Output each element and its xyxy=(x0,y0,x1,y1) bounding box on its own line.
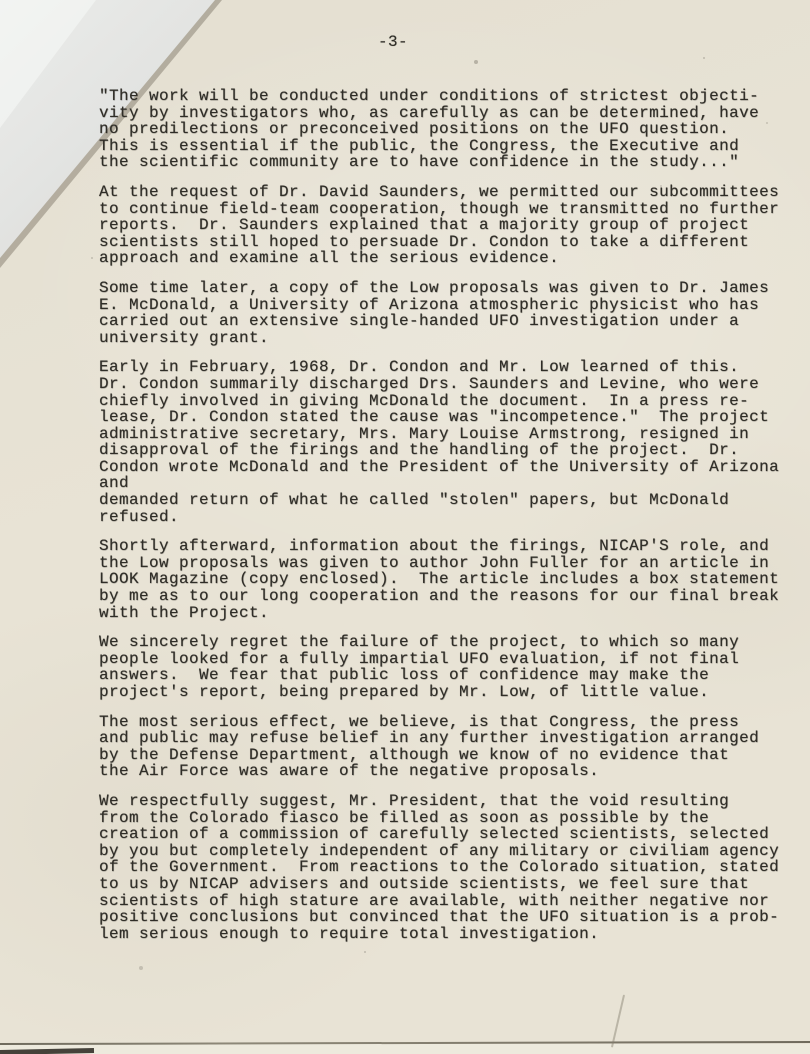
paper-specks xyxy=(0,0,2,2)
scanned-letter-page: -3- "The work will be conducted under co… xyxy=(0,0,810,1054)
paper-crease xyxy=(611,995,625,1048)
paragraph-look-magazine: Shortly afterward, information about the… xyxy=(99,538,805,621)
paragraph-february-firings: Early in February, 1968, Dr. Condon and … xyxy=(99,359,805,525)
page-bottom-left-edge-shadow xyxy=(0,1048,94,1054)
paragraph-saunders-request: At the request of Dr. David Saunders, we… xyxy=(99,184,805,267)
paragraph-suggestion-commission: We respectfully suggest, Mr. President, … xyxy=(99,793,805,942)
paragraph-serious-effect: The most serious effect, we believe, is … xyxy=(99,714,805,780)
paragraph-quote-objectivity: "The work will be conducted under condit… xyxy=(99,88,805,171)
document-body: "The work will be conducted under condit… xyxy=(99,88,805,955)
paragraph-mcdonald-copy: Some time later, a copy of the Low propo… xyxy=(99,280,805,346)
paragraph-regret-failure: We sincerely regret the failure of the p… xyxy=(99,634,805,700)
page-number: -3- xyxy=(378,33,408,51)
scan-area-below-page xyxy=(0,1044,810,1054)
